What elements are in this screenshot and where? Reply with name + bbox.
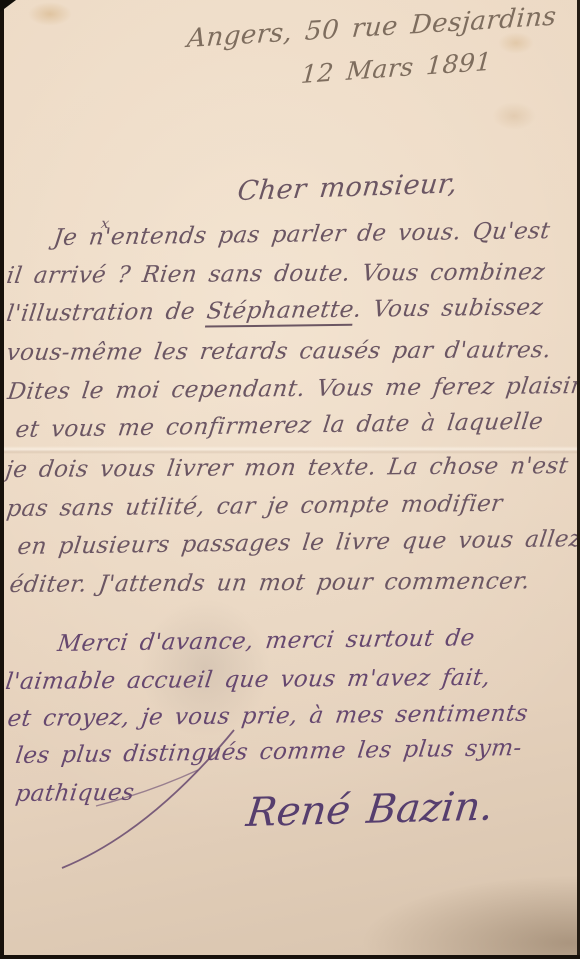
body-line: l'aimable accueil que vous m'avez fait, bbox=[4, 665, 492, 695]
address-line: Angers, 50 rue Desjardins bbox=[186, 2, 557, 54]
body-line-segment: . Vous subissez bbox=[352, 294, 545, 322]
date-line: 12 Mars 1891 bbox=[300, 47, 493, 89]
corner-shadow bbox=[360, 875, 580, 955]
body-line: Dites le moi cependant. Vous me ferez pl… bbox=[6, 373, 580, 405]
foxing-stain bbox=[498, 32, 534, 54]
body-line: Merci d'avance, merci surtout de bbox=[56, 625, 476, 657]
salutation: Cher monsieur, bbox=[236, 168, 459, 207]
body-line: et croyez, je vous prie, à mes sentiment… bbox=[6, 701, 530, 732]
photo-edge-left bbox=[0, 0, 4, 959]
body-line: en plusieurs passages le livre que vous … bbox=[16, 526, 580, 560]
body-line: pas sans utilité, car je compte modifier bbox=[5, 491, 504, 522]
underlined-book-title: Stéphanette bbox=[205, 297, 356, 328]
body-line: et vous me confirmerez la date à laquell… bbox=[14, 409, 545, 443]
photo-edge-bottom bbox=[0, 955, 580, 959]
body-line: éditer. J'attends un mot pour commencer. bbox=[8, 568, 532, 598]
foxing-stain bbox=[28, 2, 72, 26]
body-line: pathiques bbox=[14, 780, 136, 807]
body-line: il arrivé ? Rien sans doute. Vous combin… bbox=[5, 259, 547, 289]
body-line-segment: l'illustration de bbox=[5, 299, 208, 327]
letter-photograph: Angers, 50 rue Desjardins 12 Mars 1891 C… bbox=[0, 0, 580, 959]
foxing-stain bbox=[492, 102, 536, 130]
photo-corner-notch bbox=[0, 0, 16, 12]
body-line: l'illustration de Stéphanette. Vous subi… bbox=[5, 294, 545, 327]
body-line: les plus distingués comme les plus sym- bbox=[14, 735, 523, 769]
signature: René Bazin. bbox=[244, 784, 496, 836]
body-line: je dois vous livrer mon texte. La chose … bbox=[4, 453, 570, 483]
body-line: vous-même les retards causés par d'autre… bbox=[5, 337, 553, 366]
body-line: Je n'entends pas parler de vous. Qu'est bbox=[52, 218, 552, 251]
